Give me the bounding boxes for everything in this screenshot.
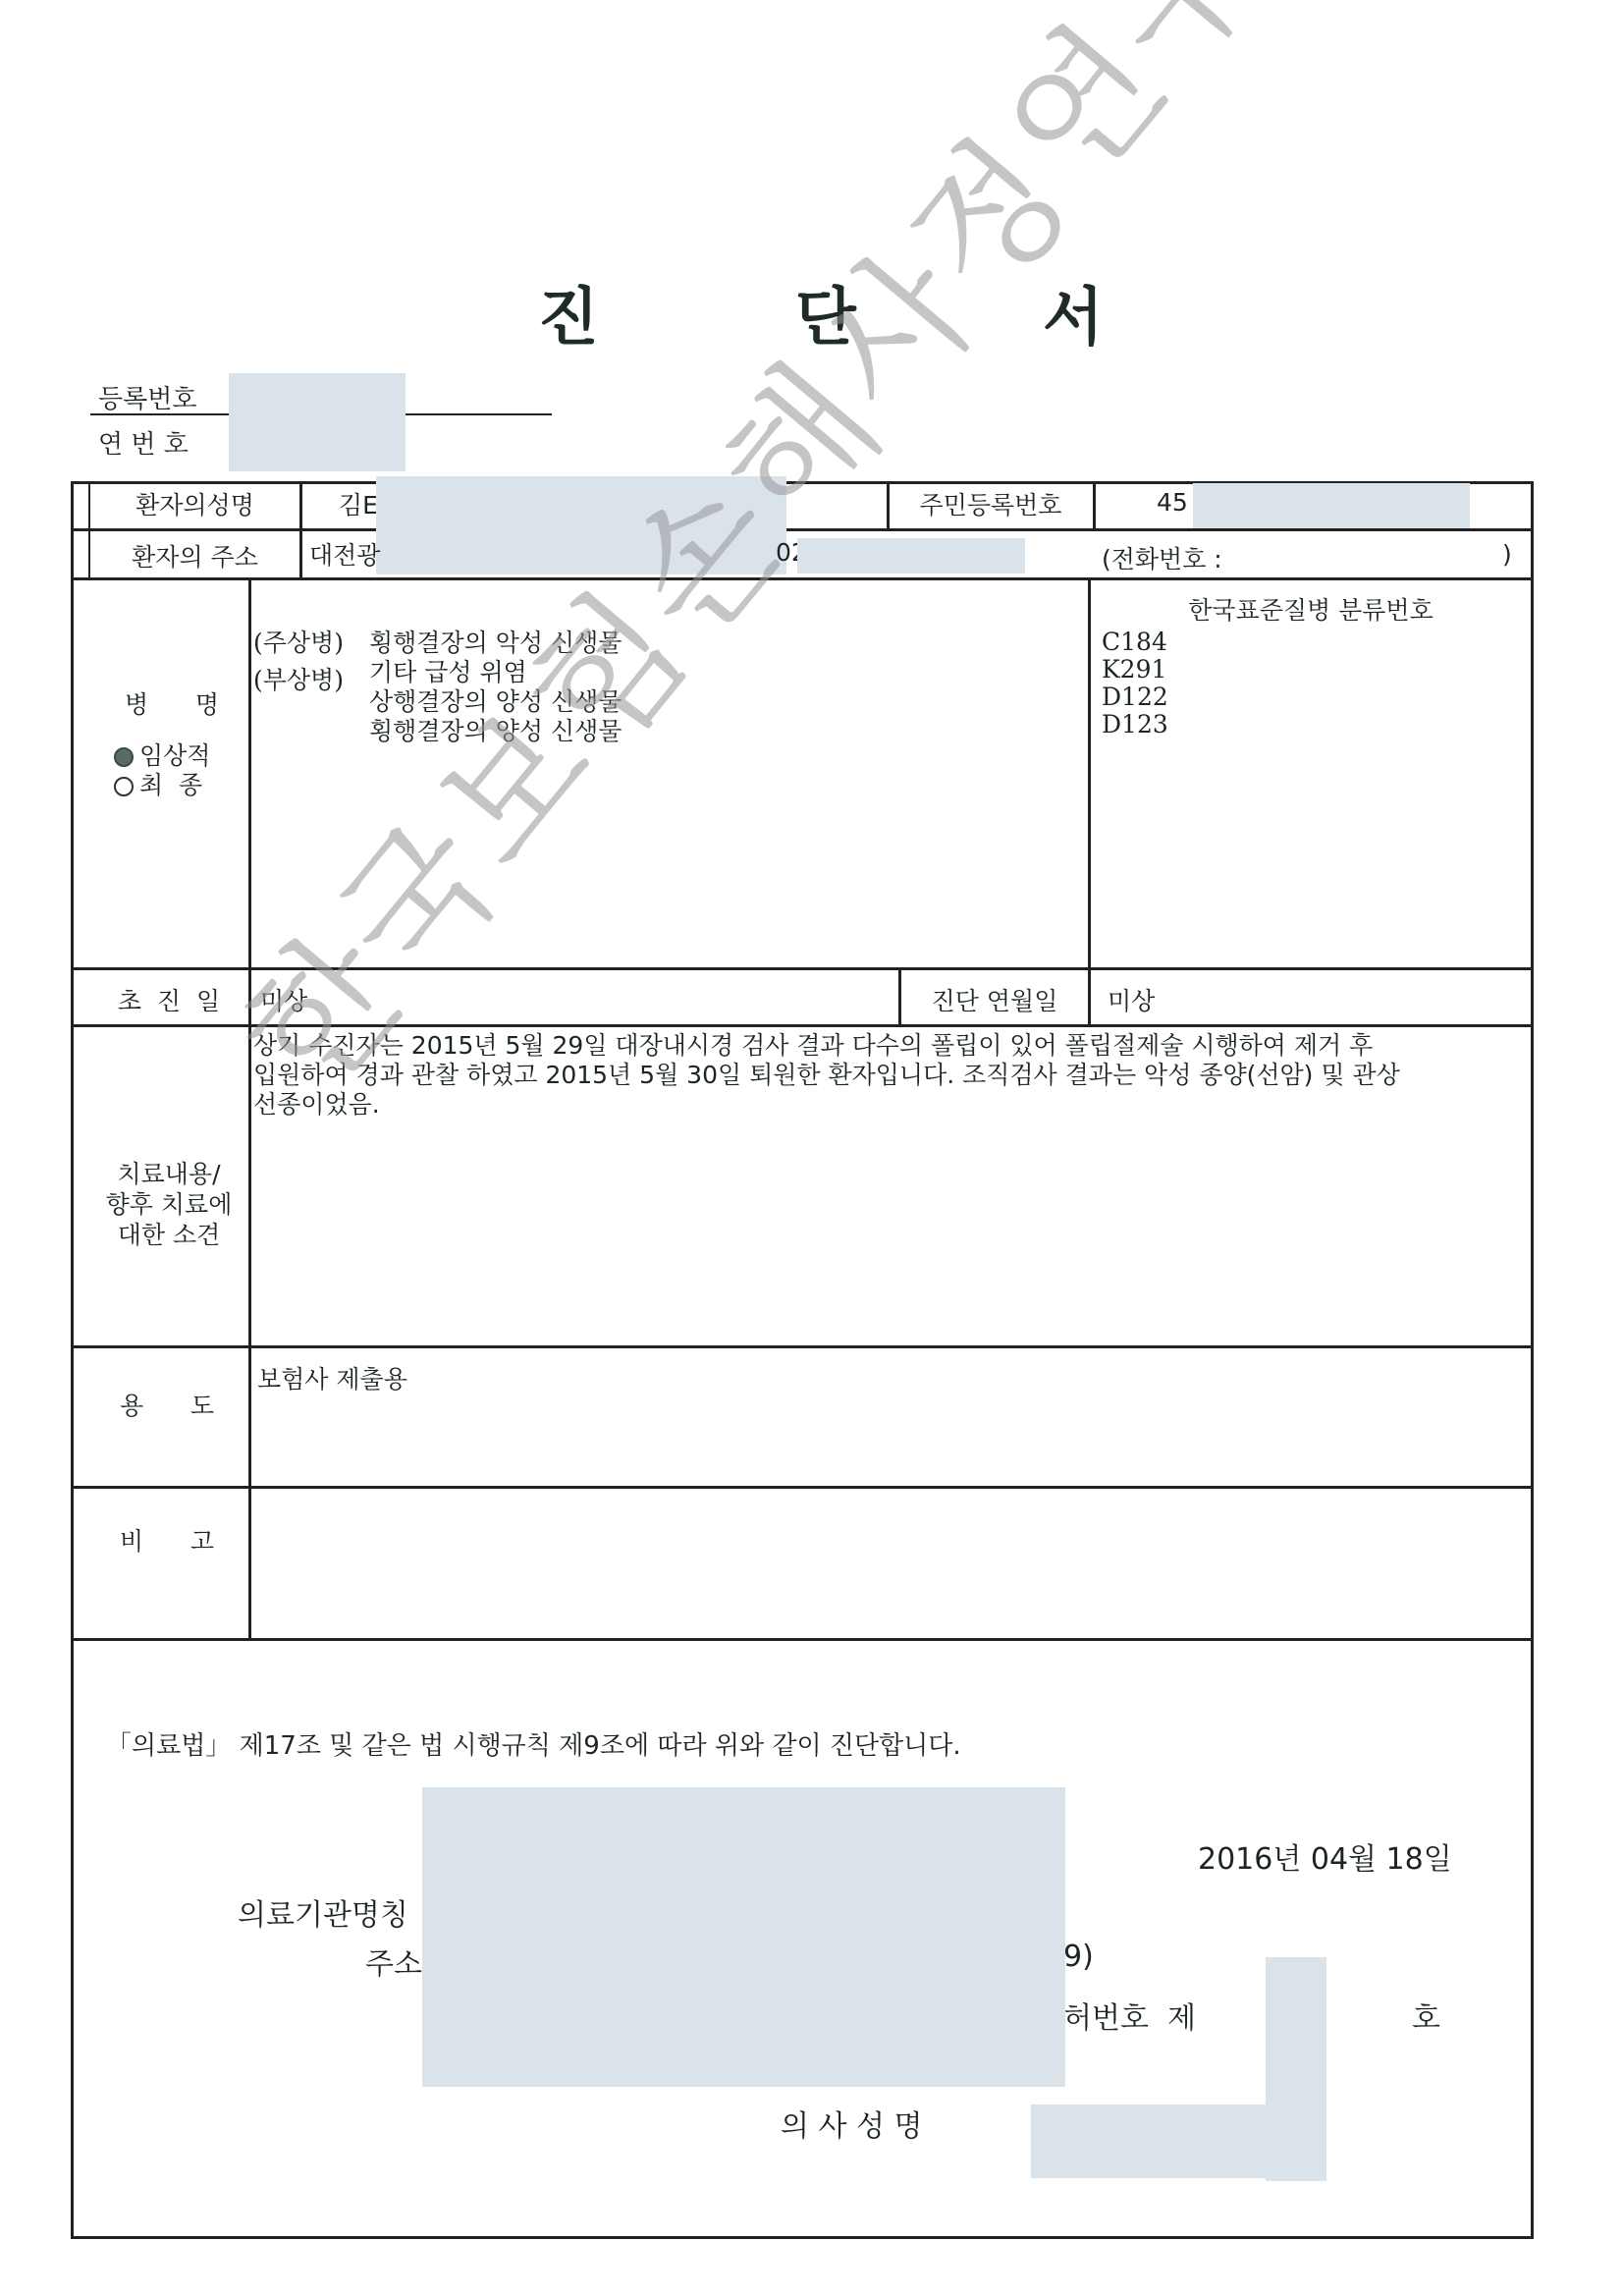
phone-label: (전화번호 : (1102, 540, 1222, 575)
doctor-name-redacted (1031, 2105, 1325, 2178)
row-divider (71, 1486, 1534, 1489)
diagnosis-name: 상행결장의 양성 신생물 (369, 687, 622, 717)
col-divider (1088, 579, 1091, 1026)
patient-name-redacted (376, 476, 786, 574)
diagnosis-list: (주상병)횡행결장의 악성 신생물 (부상병)기타 급성 위염 상행결장의 양성… (253, 629, 622, 746)
patient-address-redacted (797, 538, 1025, 574)
treatment-label-line: 향후 치료에 (86, 1189, 251, 1220)
radio-unselected-icon (114, 777, 134, 796)
treatment-line: 상기 수진자는 2015년 5월 29일 대장내시경 검사 결과 다수의 폴립이… (253, 1031, 1520, 1061)
kcd-code: D122 (1102, 683, 1168, 711)
kcd-code-header: 한국표준질병 분류번호 (1090, 591, 1532, 627)
row-divider (71, 528, 1534, 531)
document-title-char-2: 단 (795, 267, 856, 357)
kcd-code-list: C184 K291 D122 D123 (1102, 629, 1168, 738)
diagnosis-name: 횡행결장의 양성 신생물 (369, 717, 622, 746)
col-divider (299, 481, 302, 579)
patient-address-value: 대전광 (309, 536, 380, 572)
col-divider (248, 579, 251, 1640)
row-divider (71, 1638, 1534, 1641)
treatment-label-line: 치료내용/ (86, 1159, 251, 1189)
treatment-text: 상기 수진자는 2015년 5월 29일 대장내시경 검사 결과 다수의 폴립이… (253, 1031, 1520, 1120)
purpose-value: 보험사 제출용 (257, 1360, 407, 1395)
doctor-name-label: 의 사 성 명 (781, 2102, 923, 2145)
serial-number-label: 연 번 호 (98, 424, 189, 461)
rrn-value: 45 (1157, 488, 1188, 517)
patient-name-label: 환자의성명 (90, 486, 299, 521)
first-visit-value: 미상 (260, 982, 307, 1017)
treatment-label-line: 대한 소견 (86, 1220, 251, 1250)
row-divider (71, 1345, 1534, 1348)
treatment-line: 선종이었음. (253, 1090, 1520, 1120)
row-divider (71, 967, 1534, 970)
row-divider (71, 577, 1534, 580)
first-visit-label: 초 진 일 (90, 982, 247, 1017)
patient-name-value: 김E (339, 486, 378, 521)
registration-number-label: 등록번호 (98, 379, 196, 415)
diagnosis-item: (부상병)기타 급성 위염 (253, 658, 622, 687)
diagnosis-label: 병 명 (108, 685, 236, 721)
institution-info-redacted (422, 1787, 1065, 2087)
institution-address-label: 주소 (365, 1940, 422, 1983)
rrn-label: 주민등록번호 (889, 486, 1093, 521)
document-title-char-3: 서 (1043, 267, 1104, 357)
kcd-code: D123 (1102, 711, 1168, 738)
diagnosis-item: 횡행결장의 양성 신생물 (253, 717, 622, 746)
institution-address-suffix: 9) (1063, 1940, 1094, 1974)
diagnosis-name: 횡행결장의 악성 신생물 (369, 629, 622, 658)
diagnosis-type-final-label: 최 종 (139, 771, 202, 799)
registration-number-redacted (229, 373, 406, 471)
row-divider (71, 1024, 1534, 1027)
diagnosis-type-final[interactable]: 최 종 (114, 766, 202, 801)
issue-date: 2016년 04월 18일 (1198, 1834, 1452, 1878)
phone-close: ) (1502, 540, 1512, 569)
patient-address-label: 환자의 주소 (90, 538, 299, 574)
col-divider (1093, 481, 1096, 530)
license-number-suffix: 호 (1412, 1994, 1440, 2037)
diagnosis-date-value: 미상 (1108, 982, 1155, 1017)
diagnosis-date-label: 진단 연월일 (901, 982, 1088, 1017)
secondary-tag: (부상병) (253, 666, 369, 695)
document-title-char-1: 진 (538, 267, 599, 357)
purpose-label: 용 도 (98, 1387, 236, 1422)
primary-tag: (주상병) (253, 629, 369, 658)
license-number-label: 허번호 제 (1063, 1994, 1196, 2037)
treatment-line: 입원하여 경과 관찰 하였고 2015년 5월 30일 퇴원한 환자입니다. 조… (253, 1061, 1520, 1090)
declaration-text: 「의료법」 제17조 및 같은 법 시행규칙 제9조에 따라 위와 같이 진단합… (106, 1725, 961, 1762)
kcd-code: C184 (1102, 629, 1168, 656)
remarks-label: 비 고 (98, 1522, 236, 1558)
kcd-code: K291 (1102, 656, 1168, 683)
diagnosis-name: 기타 급성 위염 (369, 658, 527, 687)
rrn-redacted (1193, 483, 1470, 528)
radio-selected-icon (114, 747, 134, 767)
institution-label: 의료기관명칭 (238, 1890, 408, 1934)
diagnosis-item: (주상병)횡행결장의 악성 신생물 (253, 629, 622, 658)
treatment-label: 치료내용/ 향후 치료에 대한 소견 (86, 1159, 251, 1250)
